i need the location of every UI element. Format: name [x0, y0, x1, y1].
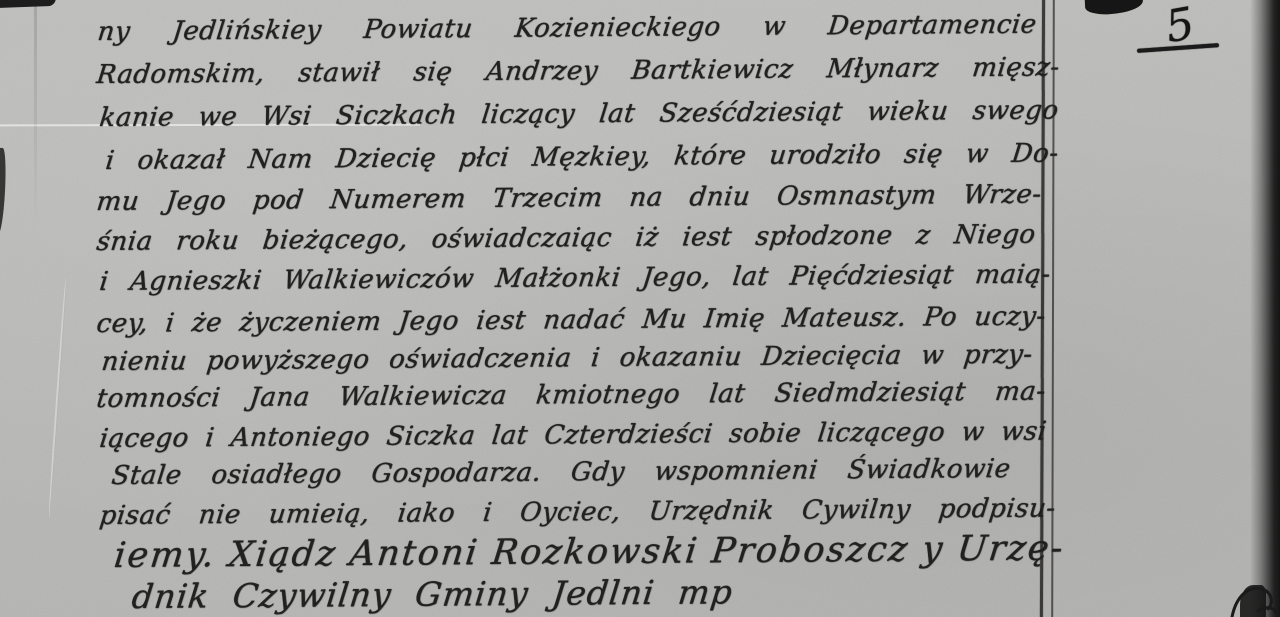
handwritten-line: ny Jedlińskiey Powiatu Kozienieckiego w … — [96, 10, 1038, 47]
handwritten-line: Radomskim, stawił się Andrzey Bartkiewic… — [95, 52, 1061, 90]
paper-crease — [48, 278, 68, 518]
handwritten-line: tomności Jana Walkiewicza kmiotnego lat … — [95, 377, 1047, 414]
handwritten-line: Stale osiadłego Gospodarza. Gdy wspomnie… — [110, 454, 1012, 491]
scanned-document-page: ny Jedlińskiey Powiatu Kozienieckiego w … — [0, 0, 1280, 617]
ink-smudge-top-left — [0, 0, 56, 8]
paper-fold-shadow — [34, 0, 37, 230]
handwritten-line: nieniu powyższego oświadczenia i okazani… — [100, 340, 1034, 377]
handwritten-line: śnia roku bieżącego, oświadczaiąc iż ies… — [95, 220, 1037, 257]
page-edge-blot — [1085, 0, 1144, 16]
ink-stroke-fragment — [1228, 579, 1280, 617]
margin-rule-line — [1051, 0, 1055, 617]
handwritten-line: iemy. Xiądz Antoni Rozkowski Proboszcz y… — [112, 529, 1059, 576]
page-edge-shadow — [1250, 0, 1280, 617]
handwritten-line: iącego i Antoniego Siczka lat Czterdzieś… — [98, 417, 1048, 454]
handwritten-line: pisać nie umieią, iako i Oyciec, Urzędni… — [98, 494, 1057, 531]
handwritten-line: i Agnieszki Walkiewiczów Małżonki Jego, … — [98, 260, 1052, 297]
handwritten-line: cey, i że życzeniem Jego iest nadać Mu I… — [95, 302, 1047, 339]
handwritten-line: i okazał Nam Dziecię płci Męzkiey, które… — [104, 139, 1060, 176]
handwritten-line: mu Jego pod Numerem Trzecim na dniu Osmn… — [95, 180, 1043, 217]
ink-smudge-left-edge — [0, 148, 7, 234]
handwritten-line: dnik Czywilny Gminy Jedlni mp — [130, 572, 735, 616]
handwritten-line: kanie we Wsi Siczkach liczący lat Sześćd… — [98, 95, 1060, 133]
